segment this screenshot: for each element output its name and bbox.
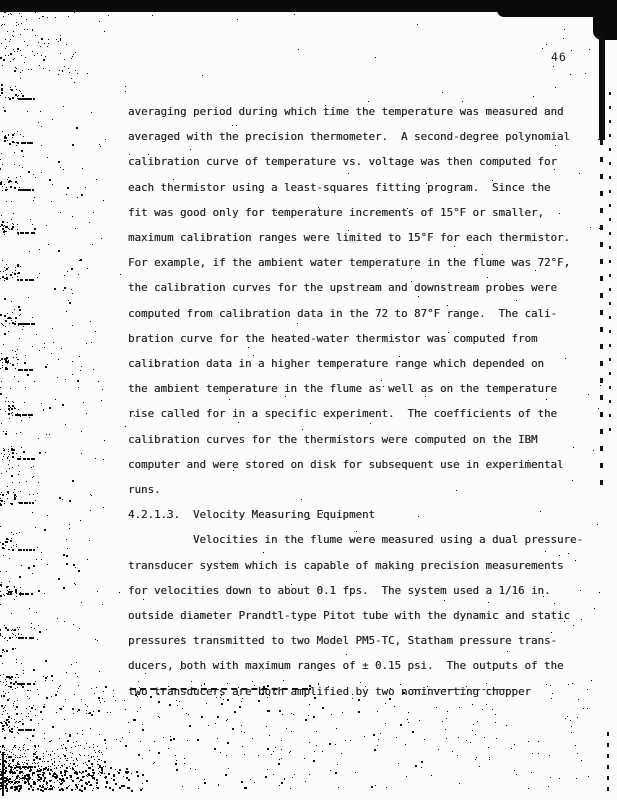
text-line: calibration data in a higher temperature… [128, 351, 583, 376]
text-line: computed from calibration data in the 72… [128, 301, 583, 326]
text-line: each thermistor using a least-squares fi… [128, 175, 583, 200]
text-line: averaging period during which time the t… [128, 99, 583, 124]
scan-artifact-right-line-dotted [609, 92, 611, 432]
text-line: calibration curve of temperature vs. vol… [128, 149, 583, 174]
text-line: fit was good only for temperature increm… [128, 200, 583, 225]
text-line: pressures transmitted to two Model PM5-T… [128, 628, 583, 653]
text-line: calibration curves for the thermistors w… [128, 427, 583, 452]
text-line: transducer system which is capable of ma… [128, 553, 583, 578]
page-text: averaging period during which time the t… [128, 99, 583, 704]
text-line: two transducers are both amplified by tw… [128, 679, 583, 704]
text-line: maximum calibration ranges were limited … [128, 225, 583, 250]
scan-artifact-right-line-dashed [600, 140, 603, 485]
paragraph-1: averaging period during which time the t… [128, 99, 583, 502]
text-line: For example, if the ambient water temper… [128, 250, 583, 275]
scan-artifact-corner-blob [593, 0, 617, 40]
text-line: the ambient temperature in the flume as … [128, 376, 583, 401]
scan-artifact-left-line-bottom [2, 752, 4, 796]
page-number: 46 [551, 50, 567, 64]
text-line: Velocities in the flume were measured us… [128, 527, 583, 552]
text-line: bration curve for the heated-water therm… [128, 326, 583, 351]
text-line: computer and were stored on disk for sub… [128, 452, 583, 477]
text-line: rise called for in a specific experiment… [128, 401, 583, 426]
text-line: for velocities down to about 0.1 fps. Th… [128, 578, 583, 603]
paragraph-2: Velocities in the flume were measured us… [128, 527, 583, 703]
scanned-page: 46 averaging period during which time th… [0, 0, 617, 800]
text-line: averaged with the precision thermometer.… [128, 124, 583, 149]
text-line: runs. [128, 477, 583, 502]
scan-artifact-right-line-solid [599, 28, 605, 140]
text-line: the calibration curves for the upstream … [128, 275, 583, 300]
text-line: ducers, both with maximum ranges of ± 0.… [128, 653, 583, 678]
section-heading: 4.2.1.3. Velocity Measuring Equipment [128, 502, 583, 527]
scan-artifact-right-line-bottom [607, 732, 609, 796]
text-line: outside diameter Prandtl-type Pitot tube… [128, 603, 583, 628]
